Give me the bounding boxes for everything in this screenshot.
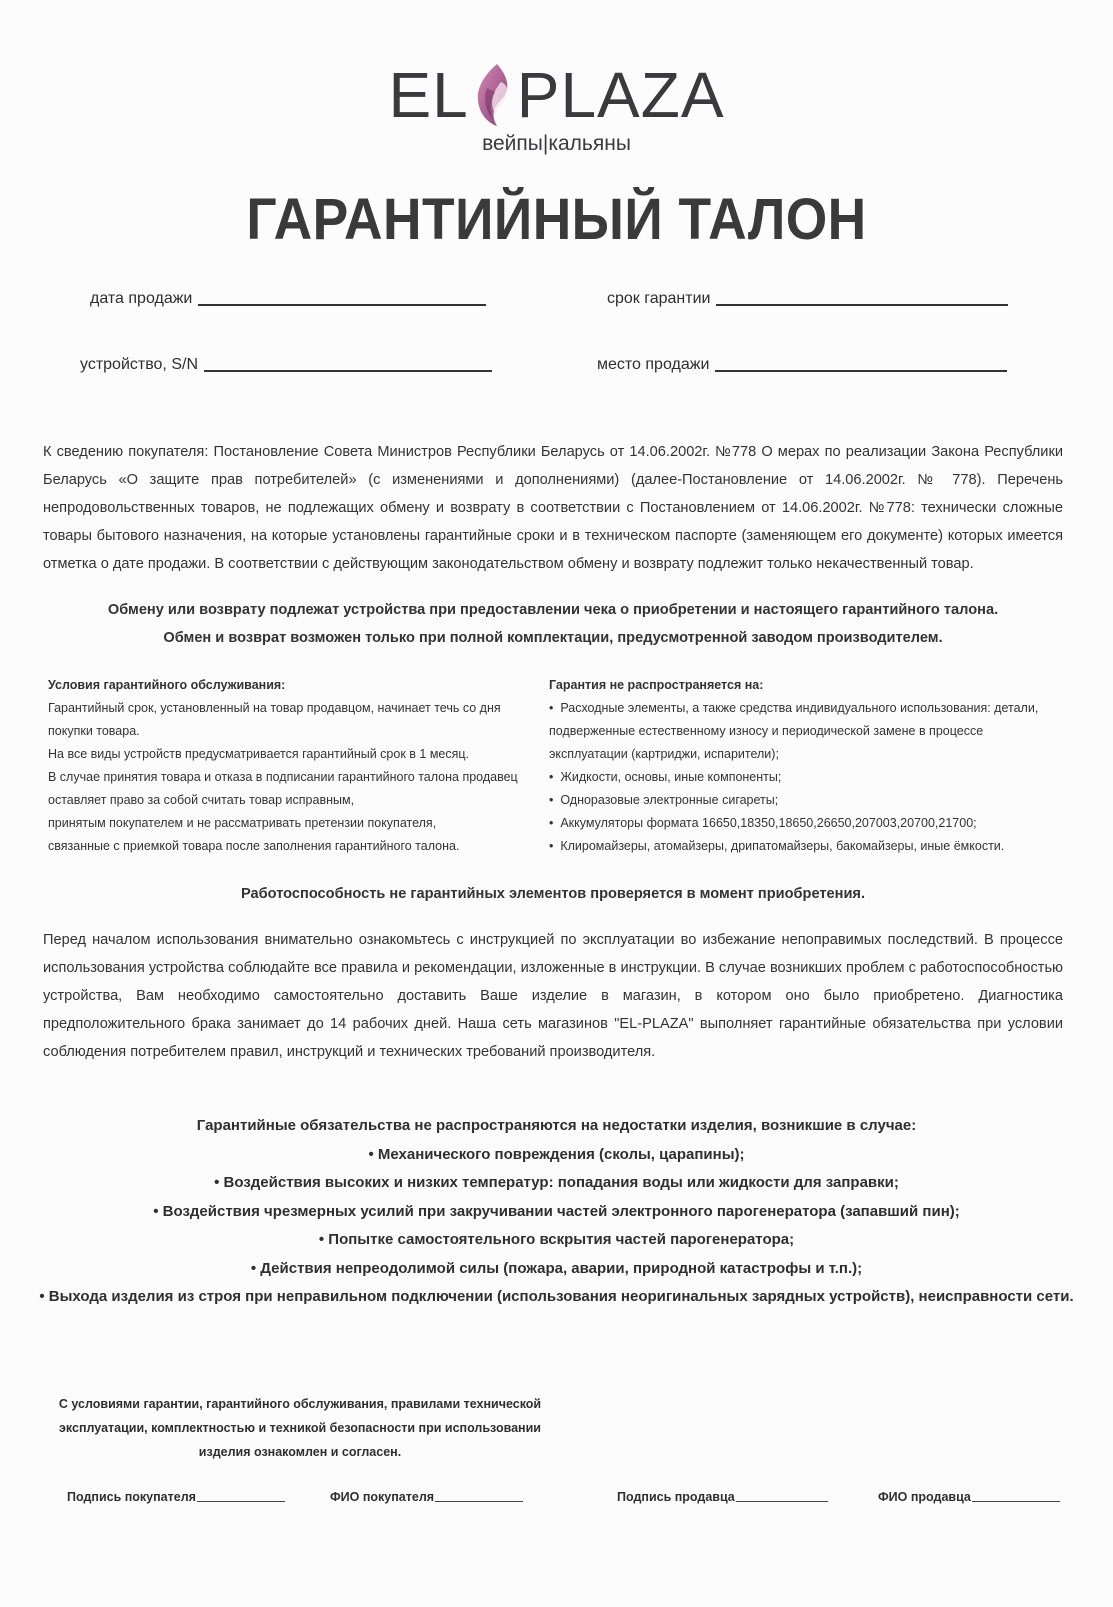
agreement-line: С условиями гарантии, гарантийного обслу… (40, 1392, 560, 1416)
sale-date-field[interactable]: дата продажи (90, 290, 486, 308)
not-covered-item: Клиромайзеры, атомайзеры, дрипатомайзеры… (549, 835, 1059, 858)
agreement-line: эксплуатации, комплектностью и техникой … (40, 1416, 560, 1440)
sale-date-input[interactable] (198, 303, 486, 306)
device-sn-field[interactable]: устройство, S/N (80, 356, 492, 374)
sale-date-label: дата продажи (90, 290, 192, 308)
not-covered-item: Одноразовые электронные сигареты; (549, 789, 1059, 812)
brand-tagline: вейпы|кальяны (0, 132, 1113, 156)
seller-signature-field[interactable]: Подпись продавца (617, 1490, 828, 1504)
buyer-name-field[interactable]: ФИО покупателя (330, 1490, 523, 1504)
service-conditions-heading: Условия гарантийного обслуживания: (48, 674, 518, 697)
buyer-signature-label: Подпись покупателя (67, 1490, 196, 1504)
condition-line: оставляет право за собой считать товар и… (48, 789, 518, 812)
not-covered-item: Расходные элементы, а также средства инд… (549, 697, 1059, 766)
exclusions-heading: Гарантийные обязательства не распростран… (20, 1112, 1093, 1141)
device-sn-label: устройство, S/N (80, 356, 198, 374)
not-covered: Гарантия не распространяется на: Расходн… (549, 674, 1059, 858)
exclusion-item: • Воздействия чрезмерных усилий при закр… (20, 1198, 1093, 1227)
page-title: ГАРАНТИЙНЫЙ ТАЛОН (45, 186, 1069, 253)
exclusion-item: • Действия непреодолимой силы (пожара, а… (20, 1255, 1093, 1284)
exclusion-item: • Механического повреждения (сколы, цара… (20, 1141, 1093, 1170)
exclusion-item: • Выхода изделия из строя при неправильн… (20, 1283, 1093, 1312)
buyer-signature-line[interactable] (197, 1501, 285, 1502)
exchange-note: Обмену или возврату подлежат устройства … (43, 596, 1063, 624)
condition-line: покупки товара. (48, 720, 518, 743)
usage-paragraph: Перед началом использования внимательно … (43, 926, 1063, 1066)
condition-line: связанные с приемкой товара после заполн… (48, 835, 518, 858)
agreement-line: изделия ознакомлен и согласен. (40, 1440, 560, 1464)
flame-icon (471, 62, 515, 128)
sale-place-label: место продажи (597, 356, 709, 374)
brand-name-right: PLAZA (517, 63, 725, 127)
not-covered-heading: Гарантия не распространяется на: (549, 674, 1059, 697)
warranty-period-input[interactable] (716, 303, 1008, 306)
condition-line: Гарантийный срок, установленный на товар… (48, 697, 518, 720)
seller-signature-label: Подпись продавца (617, 1490, 735, 1504)
buyer-name-label: ФИО покупателя (330, 1490, 434, 1504)
brand-logo: EL PLAZA вейпы|кальяны (0, 62, 1113, 156)
sale-place-field[interactable]: место продажи (597, 356, 1007, 374)
brand-wordmark: EL PLAZA (388, 62, 724, 128)
warranty-period-label: срок гарантии (607, 290, 710, 308)
not-covered-item: Жидкости, основы, иные компоненты; (549, 766, 1059, 789)
exclusions: Гарантийные обязательства не распростран… (20, 1112, 1093, 1312)
condition-line: В случае принятия товара и отказа в подп… (48, 766, 518, 789)
warranty-period-field[interactable]: срок гарантии (607, 290, 1008, 308)
service-conditions: Условия гарантийного обслуживания: Гаран… (48, 674, 518, 858)
exchange-notes: Обмену или возврату подлежат устройства … (43, 596, 1063, 652)
device-sn-input[interactable] (204, 369, 492, 372)
condition-line: На все виды устройств предусматривается … (48, 743, 518, 766)
seller-signature-line[interactable] (736, 1501, 828, 1502)
not-covered-item: Аккумуляторы формата 16650,18350,18650,2… (549, 812, 1059, 835)
brand-name-left: EL (388, 63, 468, 127)
exchange-note: Обмен и возврат возможен только при полн… (43, 624, 1063, 652)
seller-name-line[interactable] (972, 1501, 1060, 1502)
seller-name-label: ФИО продавца (878, 1490, 971, 1504)
exclusion-item: • Воздействия высоких и низких температу… (20, 1169, 1093, 1198)
consumer-notice: К сведению покупателя: Постановление Сов… (43, 438, 1063, 578)
seller-name-field[interactable]: ФИО продавца (878, 1490, 1060, 1504)
check-note: Работоспособность не гарантийных элемент… (43, 880, 1063, 908)
agreement: С условиями гарантии, гарантийного обслу… (40, 1392, 560, 1464)
buyer-signature-field[interactable]: Подпись покупателя (67, 1490, 285, 1504)
condition-line: принятым покупателем и не рассматривать … (48, 812, 518, 835)
sale-place-input[interactable] (715, 369, 1007, 372)
exclusion-item: • Попытке самостоятельного вскрытия част… (20, 1226, 1093, 1255)
buyer-name-line[interactable] (435, 1501, 523, 1502)
